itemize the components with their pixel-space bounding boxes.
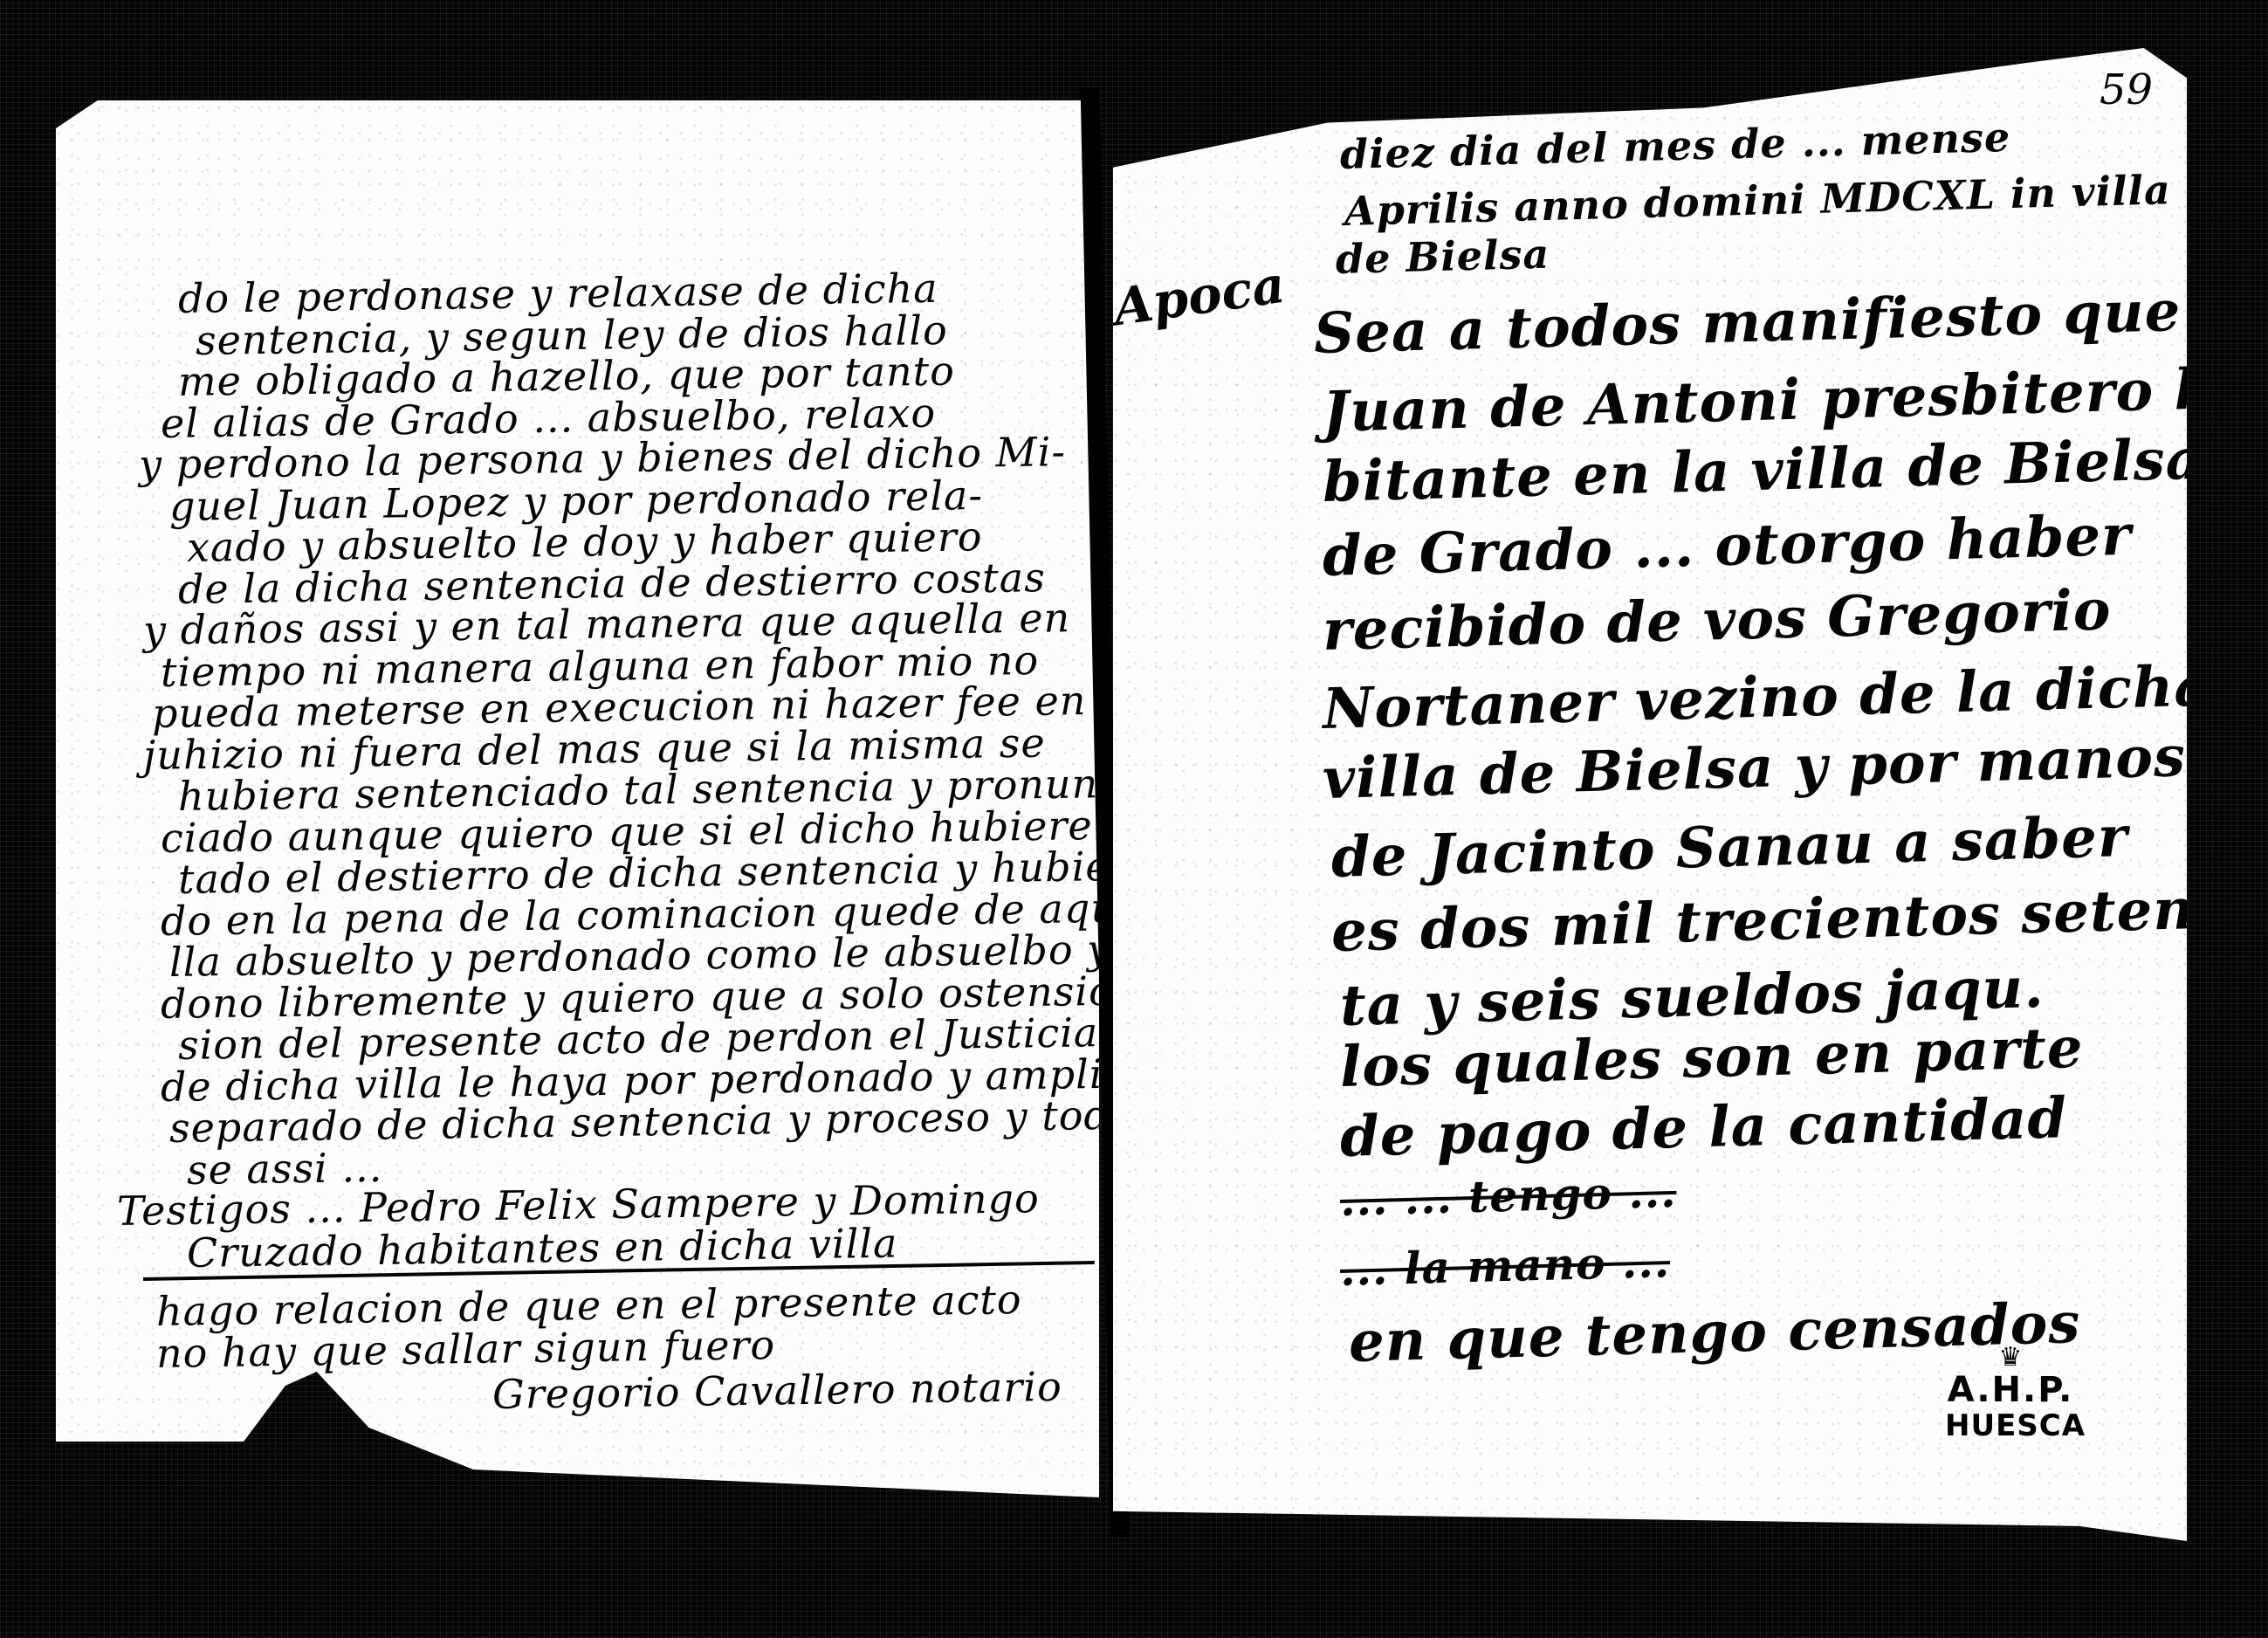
right-page-line: es dos mil trecientos seten- — [1330, 876, 2187, 965]
left-manuscript-page: do le perdonase y relaxase de dichasente… — [56, 100, 1099, 1497]
right-page-line: de pago de la cantidad — [1339, 1085, 2068, 1170]
right-page-line: recibido de vos Gregorio — [1322, 577, 2112, 664]
right-manuscript-page: 59 Apoca diez dia del mes de ... menseAp… — [1113, 48, 2187, 1541]
right-page-line: Sea a todos manifiesto que yo Mossen — [1313, 269, 2187, 367]
stamp-abbreviation: A.H.P. — [1945, 1371, 2076, 1409]
struck-through-line: ... ... tengo ... — [1339, 1166, 1677, 1226]
right-page-line: Aprilis anno domini MDCXL in villa — [1344, 166, 2171, 235]
left-page-line: Gregorio Cavallero notario — [492, 1363, 1062, 1418]
left-page-text-block: do le perdonase y relaxase de dichasente… — [56, 100, 1099, 1497]
right-page-line: diez dia del mes de ... mense — [1339, 114, 2010, 178]
right-page-text-block: diez dia del mes de ... menseAprilis ann… — [1113, 48, 2187, 1541]
right-page-line: de Jacinto Sanau a saber — [1330, 804, 2128, 891]
right-page-line: de Bielsa — [1335, 231, 1550, 283]
struck-through-line: ... la mano ... — [1339, 1235, 1670, 1296]
crown-icon: ♛ — [1945, 1345, 2076, 1371]
archive-stamp: ♛ A.H.P. HUESCA — [1945, 1345, 2076, 1442]
right-page-line: de Grado ... otorgo haber — [1322, 503, 2133, 589]
stamp-city: HUESCA — [1945, 1409, 2076, 1442]
